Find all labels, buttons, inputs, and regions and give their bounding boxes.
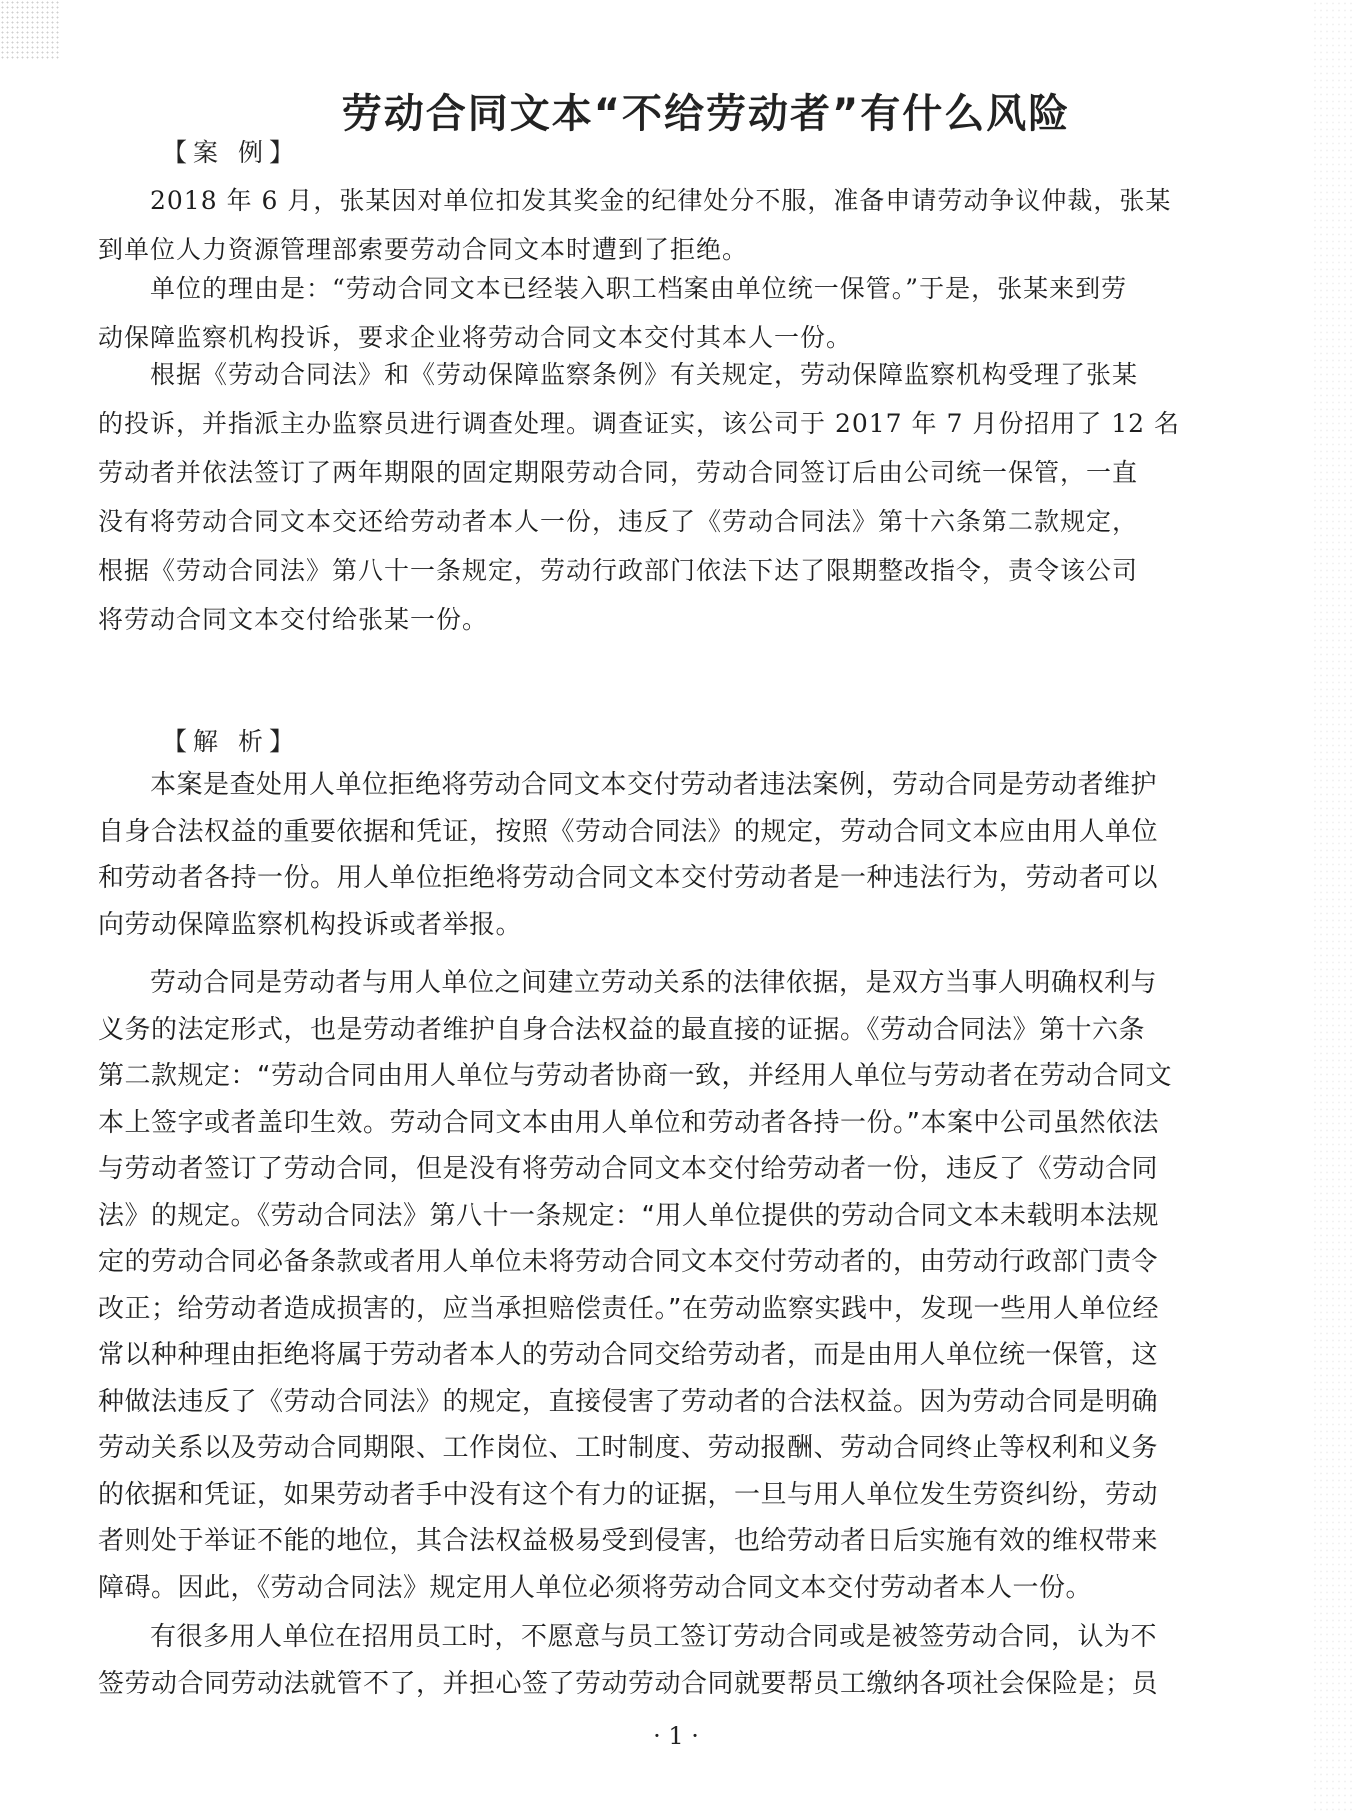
text-line: 种做法违反了《劳动合同法》的规定，直接侵害了劳动者的合法权益。因为劳动合同是明确 [98, 1379, 1298, 1426]
text-line: 根据《劳动合同法》和《劳动保障监察条例》有关规定，劳动保障监察机构受理了张某 [98, 350, 1298, 399]
text-line: 改正；给劳动者造成损害的，应当承担赔偿责任。”在劳动监察实践中，发现一些用人单位… [98, 1286, 1298, 1333]
case-paragraph-1: 2018 年 6 月，张某因对单位扣发其奖金的纪律处分不服，准备申请劳动争议仲裁… [98, 176, 1298, 274]
text-line: 单位的理由是：“劳动合同文本已经装入职工档案由单位统一保管。”于是，张某来到劳 [98, 264, 1298, 313]
analysis-paragraph-1: 本案是查处用人单位拒绝将劳动合同文本交付劳动者违法案例，劳动合同是劳动者维护 自… [98, 762, 1298, 948]
analysis-paragraph-3: 有很多用人单位在招用员工时，不愿意与员工签订劳动合同或是被签劳动合同，认为不 签… [98, 1614, 1298, 1707]
text-line: 法》的规定。《劳动合同法》第八十一条规定：“用人单位提供的劳动合同文本未载明本法… [98, 1193, 1298, 1240]
analysis-heading: 【解 析】 [162, 722, 300, 758]
text-line: 劳动者并依法签订了两年期限的固定期限劳动合同，劳动合同签订后由公司统一保管，一直 [98, 448, 1298, 497]
text-line: 本上签字或者盖印生效。劳动合同文本由用人单位和劳动者各持一份。”本案中公司虽然依… [98, 1100, 1298, 1147]
page-number: · 1 · [0, 1722, 1352, 1750]
text-line: 第二款规定：“劳动合同由用人单位与劳动者协商一致，并经用人单位与劳动者在劳动合同… [98, 1053, 1298, 1100]
scan-noise-corner [0, 0, 60, 60]
case-paragraph-2: 单位的理由是：“劳动合同文本已经装入职工档案由单位统一保管。”于是，张某来到劳 … [98, 264, 1298, 362]
case-heading: 【案 例】 [162, 133, 300, 169]
scan-noise-edge [1312, 0, 1352, 1811]
text-line: 与劳动者签订了劳动合同，但是没有将劳动合同文本交付给劳动者一份，违反了《劳动合同 [98, 1146, 1298, 1193]
document-page: 劳动合同文本“不给劳动者”有什么风险 【案 例】 2018 年 6 月，张某因对… [0, 0, 1352, 1811]
text-line: 2018 年 6 月，张某因对单位扣发其奖金的纪律处分不服，准备申请劳动争议仲裁… [98, 176, 1298, 225]
text-line: 和劳动者各持一份。用人单位拒绝将劳动合同文本交付劳动者是一种违法行为，劳动者可以 [98, 855, 1298, 902]
text-line: 常以种种理由拒绝将属于劳动者本人的劳动合同交给劳动者，而是由用人单位统一保管，这 [98, 1332, 1298, 1379]
text-line: 义务的法定形式，也是劳动者维护自身合法权益的最直接的证据。《劳动合同法》第十六条 [98, 1007, 1298, 1054]
text-line: 将劳动合同文本交付给张某一份。 [98, 595, 1298, 644]
page-title: 劳动合同文本“不给劳动者”有什么风险 [0, 82, 1352, 139]
text-line: 自身合法权益的重要依据和凭证，按照《劳动合同法》的规定，劳动合同文本应由用人单位 [98, 809, 1298, 856]
text-line: 根据《劳动合同法》第八十一条规定，劳动行政部门依法下达了限期整改指令，责令该公司 [98, 546, 1298, 595]
case-paragraph-3: 根据《劳动合同法》和《劳动保障监察条例》有关规定，劳动保障监察机构受理了张某 的… [98, 350, 1298, 644]
text-line: 向劳动保障监察机构投诉或者举报。 [98, 902, 1298, 949]
text-line: 劳动关系以及劳动合同期限、工作岗位、工时制度、劳动报酬、劳动合同终止等权利和义务 [98, 1425, 1298, 1472]
text-line: 本案是查处用人单位拒绝将劳动合同文本交付劳动者违法案例，劳动合同是劳动者维护 [98, 762, 1298, 809]
text-line: 劳动合同是劳动者与用人单位之间建立劳动关系的法律依据，是双方当事人明确权利与 [98, 960, 1298, 1007]
text-line: 定的劳动合同必备条款或者用人单位未将劳动合同文本交付劳动者的，由劳动行政部门责令 [98, 1239, 1298, 1286]
text-line: 的依据和凭证，如果劳动者手中没有这个有力的证据，一旦与用人单位发生劳资纠纷，劳动 [98, 1472, 1298, 1519]
text-line: 签劳动合同劳动法就管不了，并担心签了劳动劳动合同就要帮员工缴纳各项社会保险是；员 [98, 1661, 1298, 1708]
text-line: 者则处于举证不能的地位，其合法权益极易受到侵害，也给劳动者日后实施有效的维权带来 [98, 1518, 1298, 1565]
text-line: 有很多用人单位在招用员工时，不愿意与员工签订劳动合同或是被签劳动合同，认为不 [98, 1614, 1298, 1661]
text-line: 没有将劳动合同文本交还给劳动者本人一份，违反了《劳动合同法》第十六条第二款规定， [98, 497, 1298, 546]
text-line: 的投诉，并指派主办监察员进行调查处理。调查证实，该公司于 2017 年 7 月份… [98, 399, 1298, 448]
text-line: 障碍。因此，《劳动合同法》规定用人单位必须将劳动合同文本交付劳动者本人一份。 [98, 1565, 1298, 1612]
analysis-paragraph-2: 劳动合同是劳动者与用人单位之间建立劳动关系的法律依据，是双方当事人明确权利与 义… [98, 960, 1298, 1611]
